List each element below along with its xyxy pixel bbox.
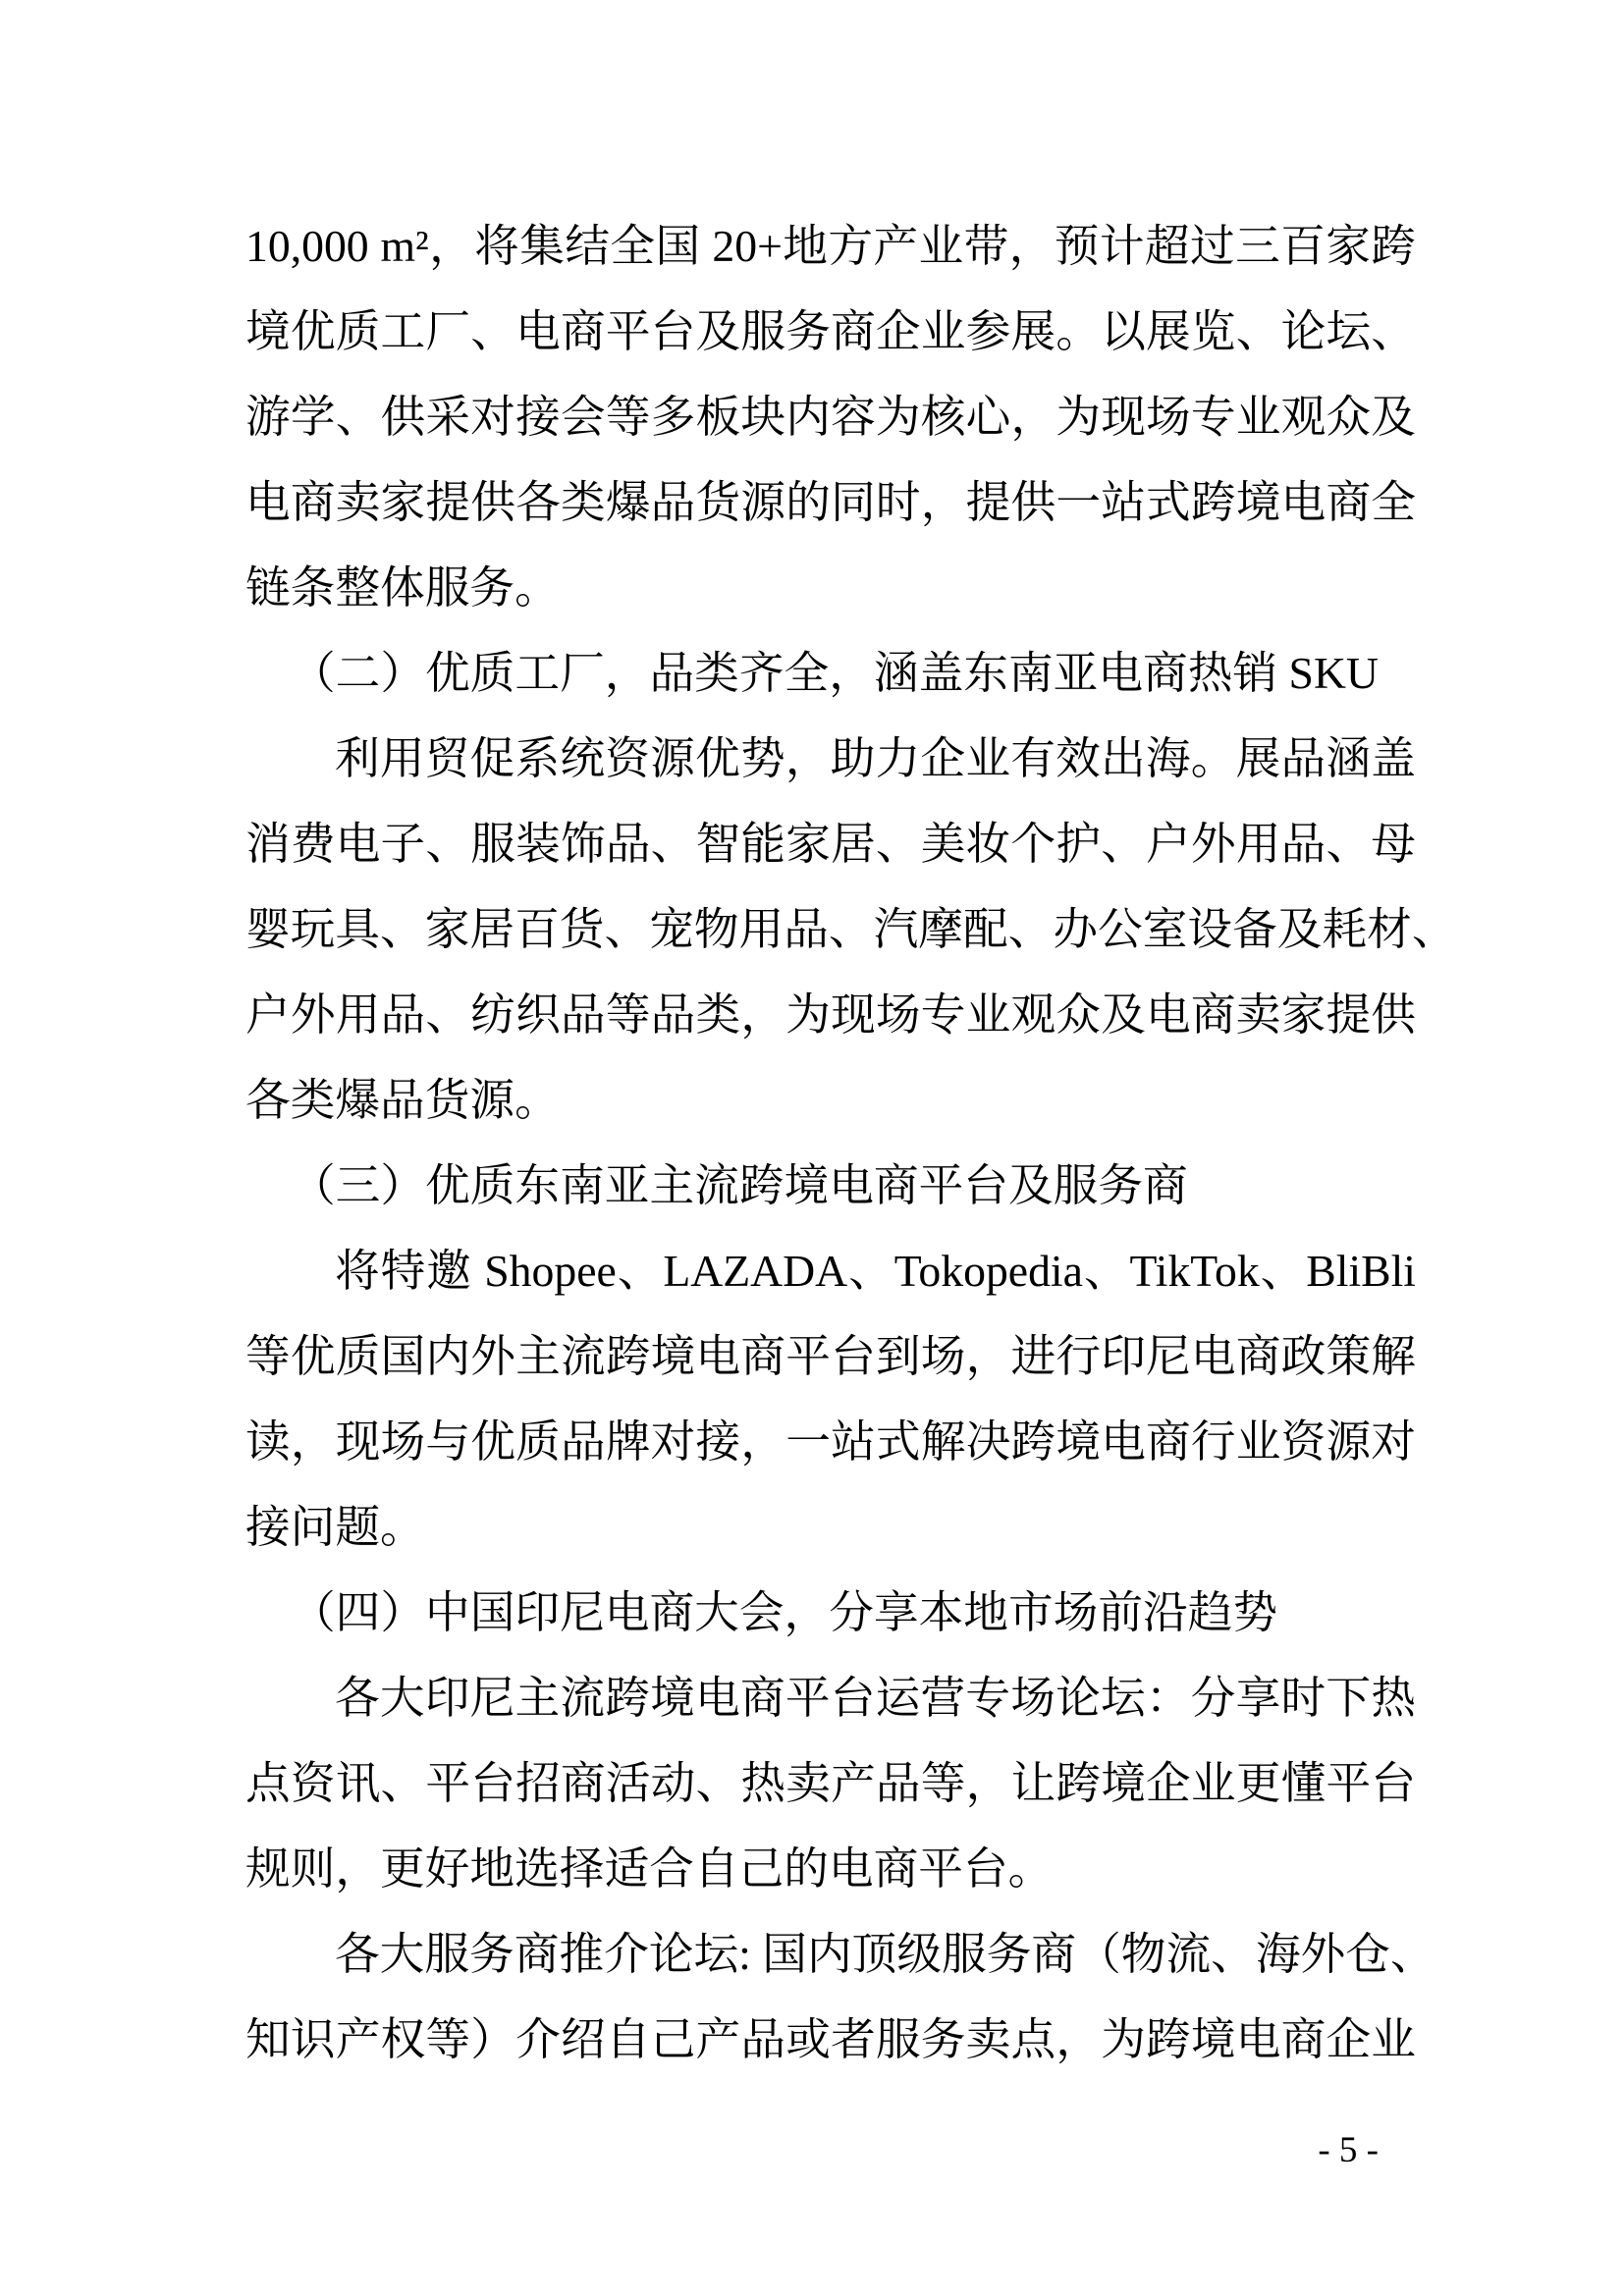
text-line: 各大印尼主流跨境电商平台运营专场论坛：分享时下热 xyxy=(245,1655,1416,1740)
text-line: 各类爆品货源。 xyxy=(245,1057,1416,1143)
text-line: 10,000 m²，将集结全国 20+地方产业带，预计超过三百家跨 xyxy=(245,203,1416,289)
text-line: 利用贸促系统资源优势，助力企业有效出海。展品涵盖 xyxy=(245,716,1416,801)
text-line: （三）优质东南亚主流跨境电商平台及服务商 xyxy=(245,1143,1416,1228)
text-line: 接问题。 xyxy=(245,1484,1416,1570)
text-line: 境优质工厂、电商平台及服务商企业参展。以展览、论坛、 xyxy=(245,289,1416,374)
text-line: （二）优质工厂，品类齐全，涵盖东南亚电商热销 SKU xyxy=(245,630,1416,716)
text-line: 将特邀 Shopee、LAZADA、Tokopedia、TikTok、BliBl… xyxy=(245,1228,1416,1313)
text-line: 知识产权等）介绍自己产品或者服务卖点，为跨境电商企业 xyxy=(245,1997,1416,2082)
text-line: 电商卖家提供各类爆品货源的同时，提供一站式跨境电商全 xyxy=(245,459,1416,545)
text-line: 户外用品、纺织品等品类，为现场专业观众及电商卖家提供 xyxy=(245,972,1416,1057)
text-line: （四）中国印尼电商大会，分享本地市场前沿趋势 xyxy=(245,1570,1416,1655)
text-line: 点资讯、平台招商活动、热卖产品等，让跨境企业更懂平台 xyxy=(245,1740,1416,1826)
text-line: 读，现场与优质品牌对接，一站式解决跨境电商行业资源对 xyxy=(245,1399,1416,1484)
text-line: 各大服务商推介论坛: 国内顶级服务商（物流、海外仓、 xyxy=(245,1911,1416,1997)
document-body: 10,000 m²，将集结全国 20+地方产业带，预计超过三百家跨境优质工厂、电… xyxy=(245,203,1416,2082)
text-line: 等优质国内外主流跨境电商平台到场，进行印尼电商政策解 xyxy=(245,1313,1416,1399)
text-line: 链条整体服务。 xyxy=(245,545,1416,630)
text-line: 规则，更好地选择适合自己的电商平台。 xyxy=(245,1826,1416,1911)
page-number: - 5 - xyxy=(1318,2131,1379,2170)
document-page: 10,000 m²，将集结全国 20+地方产业带，预计超过三百家跨境优质工厂、电… xyxy=(0,0,1624,2296)
text-line: 游学、供采对接会等多板块内容为核心，为现场专业观众及 xyxy=(245,374,1416,459)
text-line: 婴玩具、家居百货、宠物用品、汽摩配、办公室设备及耗材、 xyxy=(245,886,1416,972)
text-line: 消费电子、服装饰品、智能家居、美妆个护、户外用品、母 xyxy=(245,801,1416,886)
